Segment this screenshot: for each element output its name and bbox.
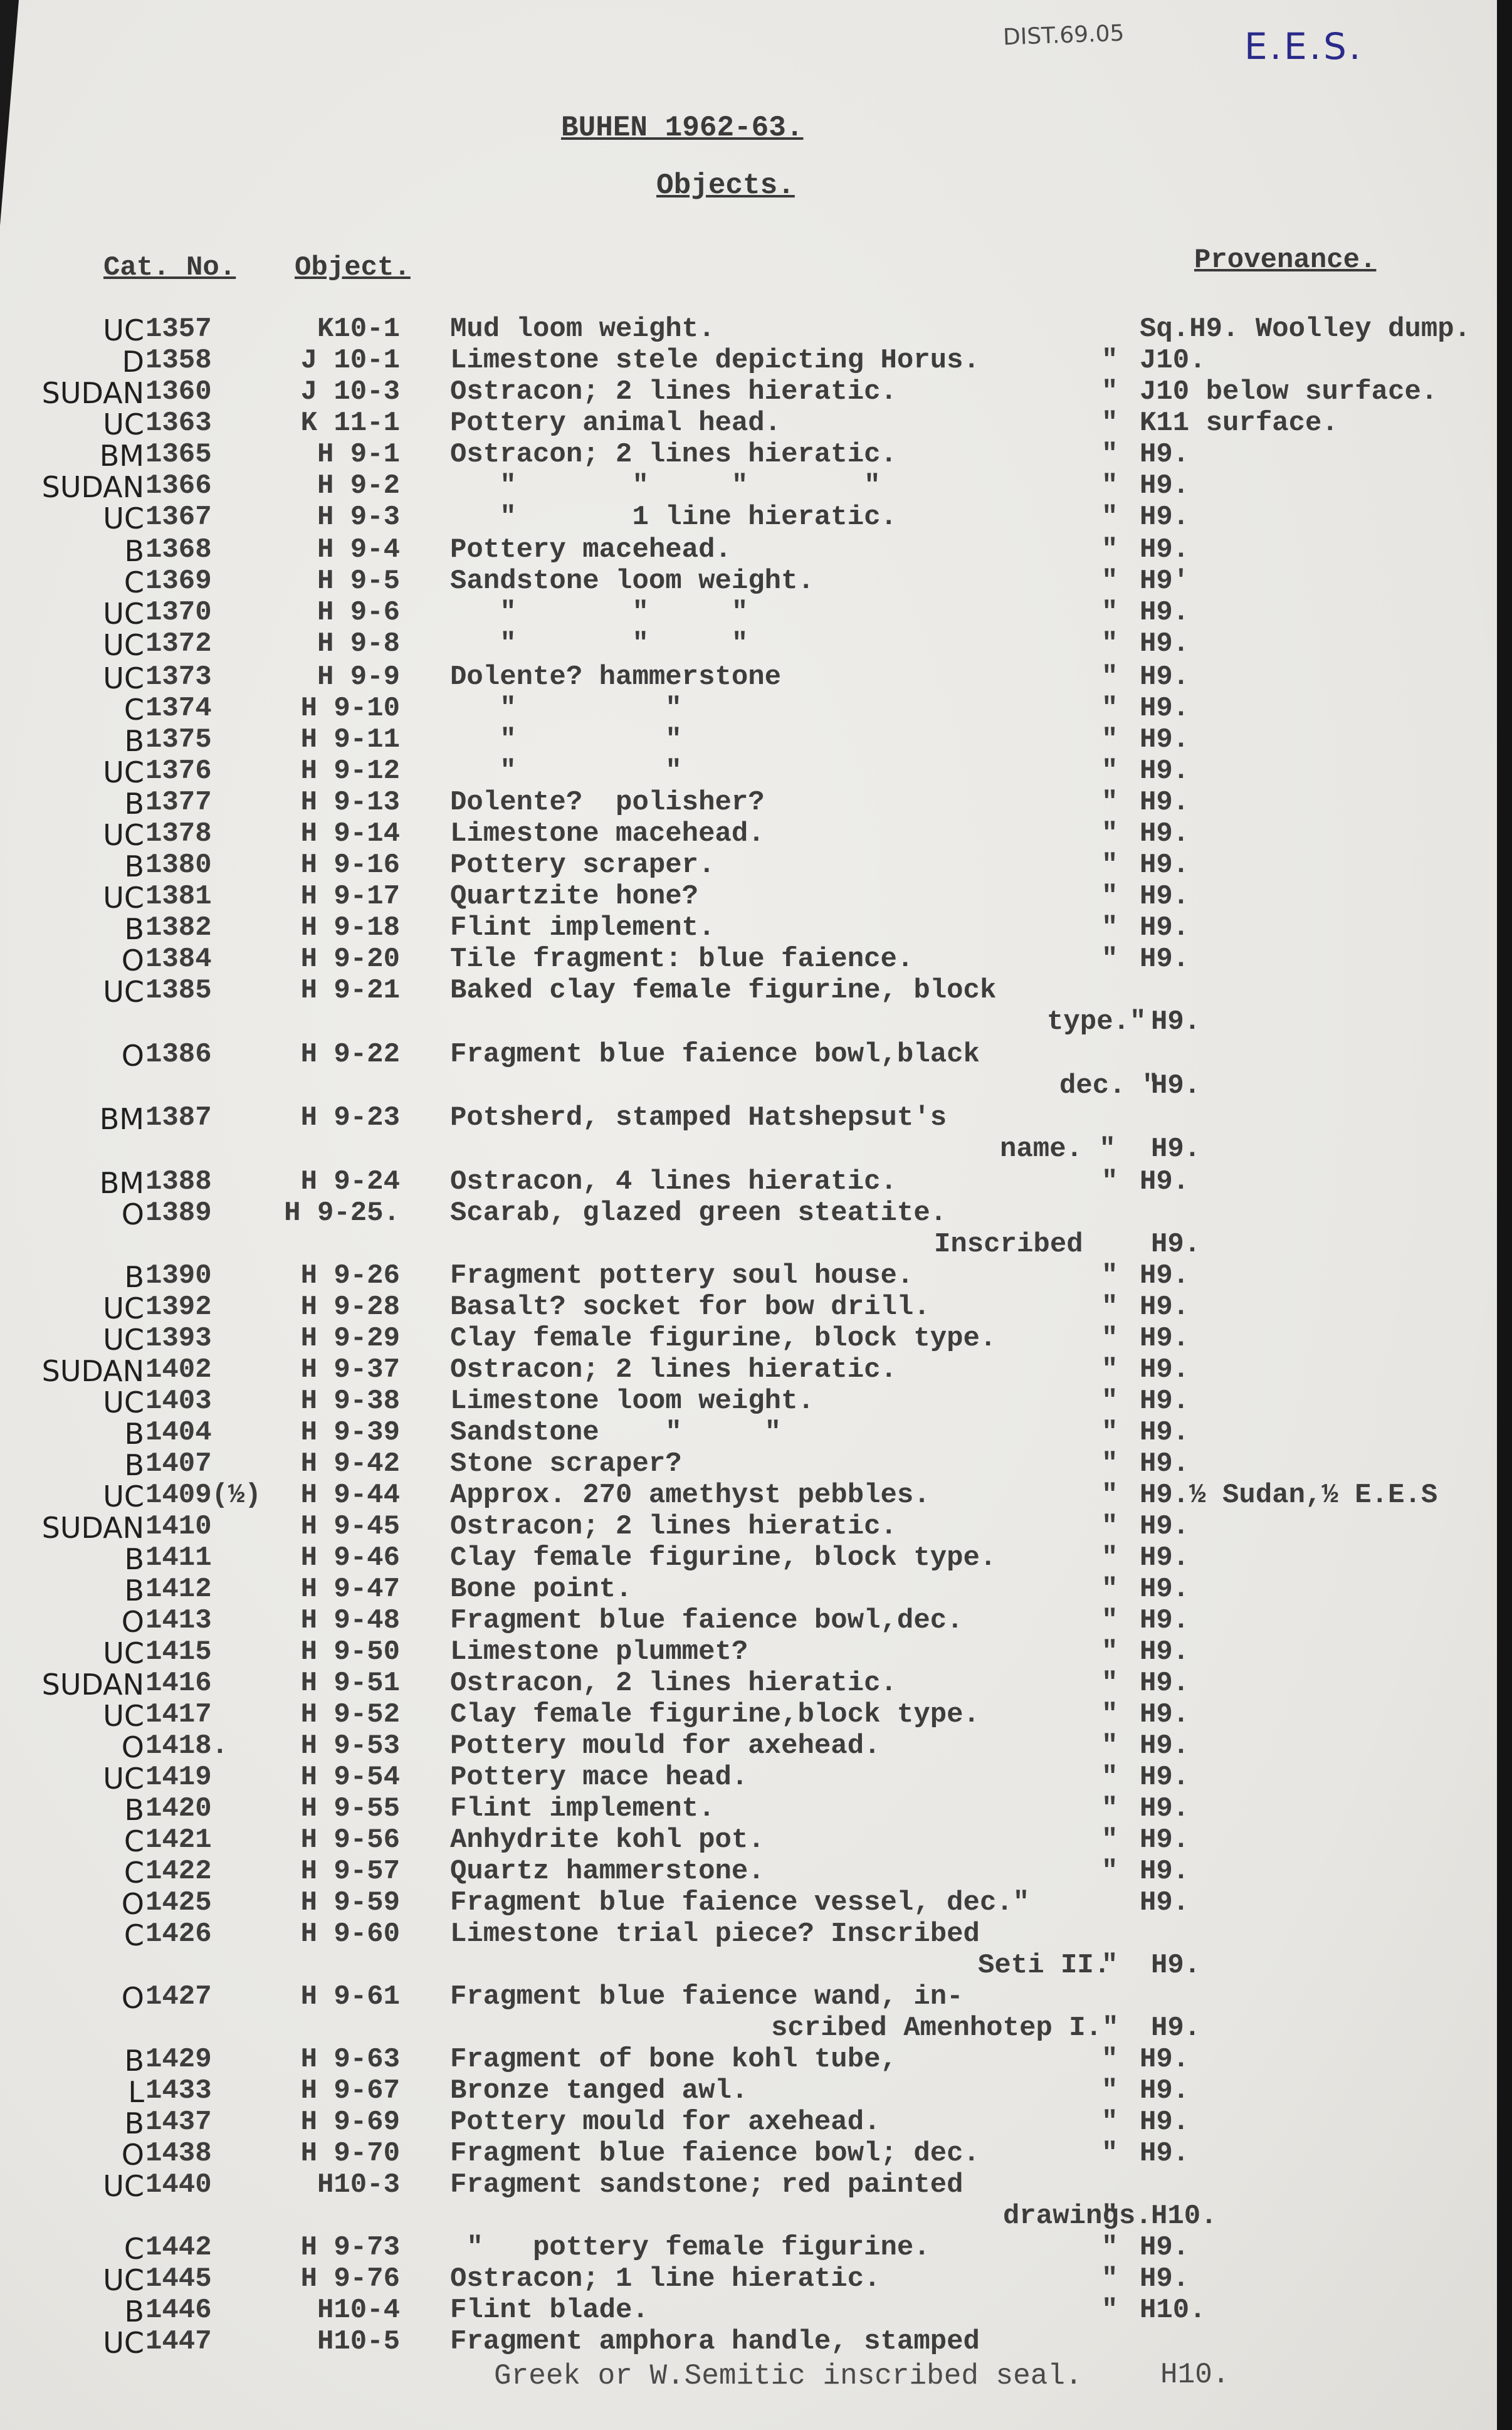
object-description: " 1 line hieratic. bbox=[450, 502, 897, 533]
provenance: H9. bbox=[1140, 787, 1189, 818]
provenance: H9. bbox=[1151, 1950, 1200, 1981]
cat-no: 1390 bbox=[145, 1260, 212, 1291]
provenance: H9. bbox=[1140, 1166, 1189, 1197]
ditto-mark: " bbox=[1101, 2138, 1118, 2169]
cat-no: 1433 bbox=[145, 2075, 212, 2107]
ditto-mark: " bbox=[1101, 502, 1118, 533]
provenance: H9. bbox=[1140, 1574, 1189, 1605]
object-description: Limestone trial piece? Inscribed bbox=[450, 1918, 980, 1950]
handwritten-location-mark: UC bbox=[38, 1386, 144, 1419]
object-description-continuation: dec. " bbox=[1059, 1070, 1158, 1102]
handwritten-location-mark: O bbox=[38, 1981, 144, 2015]
provenance: H9. bbox=[1140, 1856, 1189, 1887]
handwritten-location-mark: UC bbox=[38, 502, 144, 535]
provenance: J10 below surface. bbox=[1140, 376, 1437, 408]
ditto-mark: " bbox=[1101, 1762, 1118, 1793]
cat-no: 1376 bbox=[145, 755, 212, 787]
ditto-mark: " bbox=[1101, 1260, 1118, 1291]
cat-no: 1378 bbox=[145, 818, 212, 849]
cat-no: 1407 bbox=[145, 1448, 212, 1480]
scan-edge-left bbox=[0, 0, 19, 226]
object-ref: H 9-13 bbox=[281, 787, 400, 818]
ditto-mark: " bbox=[1101, 724, 1118, 755]
cat-no: 1367 bbox=[145, 502, 212, 533]
provenance: H9. bbox=[1140, 1291, 1189, 1323]
object-ref: H 9-76 bbox=[281, 2263, 400, 2295]
object-ref: H 9-28 bbox=[281, 1291, 400, 1323]
provenance: H9. bbox=[1140, 628, 1189, 660]
object-ref: H 9-67 bbox=[281, 2075, 400, 2107]
provenance: H9. bbox=[1140, 1605, 1189, 1636]
object-description: Clay female figurine,block type. bbox=[450, 1699, 980, 1730]
handwritten-location-mark: L bbox=[38, 2075, 144, 2109]
handwritten-location-mark: UC bbox=[38, 628, 144, 662]
provenance: H9. bbox=[1140, 661, 1189, 693]
column-header-cat-no: Cat. No. bbox=[103, 252, 236, 283]
provenance: H9. bbox=[1140, 534, 1189, 565]
provenance: H9. bbox=[1140, 881, 1189, 912]
object-description: Scarab, glazed green steatite. bbox=[450, 1197, 947, 1229]
handwritten-location-mark: B bbox=[38, 1542, 144, 1576]
handwritten-location-mark: UC bbox=[38, 661, 144, 695]
object-description: " " " " bbox=[450, 470, 881, 502]
object-description-continuation: scribed Amenhotep I." bbox=[771, 2012, 1119, 2044]
handwritten-location-mark: B bbox=[38, 1793, 144, 1827]
object-description: Bone point. bbox=[450, 1574, 632, 1605]
cat-no: 1446 bbox=[145, 2295, 212, 2326]
cat-no: 1370 bbox=[145, 597, 212, 628]
provenance: H9. bbox=[1140, 693, 1189, 724]
object-ref: H 9-73 bbox=[281, 2232, 400, 2263]
provenance: H9. bbox=[1140, 502, 1189, 533]
ditto-mark: " bbox=[1101, 881, 1118, 912]
ditto-mark: " bbox=[1101, 1574, 1118, 1605]
provenance: H9. bbox=[1140, 755, 1189, 787]
cat-no: 1421 bbox=[145, 1824, 212, 1856]
provenance: H9. bbox=[1140, 2232, 1189, 2263]
object-ref: H 9-59 bbox=[281, 1887, 400, 1918]
object-ref: H 9-20 bbox=[281, 944, 400, 975]
ditto-mark: " bbox=[1101, 693, 1118, 724]
ditto-mark: " bbox=[1101, 818, 1118, 849]
handwritten-location-mark: SUDAN bbox=[38, 470, 144, 504]
handwritten-location-mark: SUDAN bbox=[38, 1354, 144, 1388]
ditto-mark: " bbox=[1101, 1856, 1118, 1887]
object-description: Sandstone " " bbox=[450, 1417, 781, 1448]
cat-no: 1427 bbox=[145, 1981, 212, 2012]
cat-no: 1417 bbox=[145, 1699, 212, 1730]
ditto-mark: " bbox=[1101, 345, 1118, 376]
provenance: J10. bbox=[1140, 345, 1206, 376]
object-ref: K10-1 bbox=[281, 313, 400, 345]
handwritten-location-mark: B bbox=[38, 849, 144, 883]
object-description: " pottery female figurine. bbox=[450, 2232, 930, 2263]
cat-no: 1384 bbox=[145, 944, 212, 975]
object-description: Basalt? socket for bow drill. bbox=[450, 1291, 930, 1323]
provenance: H9. bbox=[1140, 1417, 1189, 1448]
object-description: Fragment blue faience bowl,dec. bbox=[450, 1605, 963, 1636]
handwritten-location-mark: C bbox=[38, 565, 144, 599]
ditto-mark: " bbox=[1101, 1511, 1118, 1542]
archive-reference: DIST.69.05 bbox=[1002, 21, 1125, 51]
handwritten-location-mark: UC bbox=[38, 1636, 144, 1670]
handwritten-location-mark: BM bbox=[38, 439, 144, 473]
provenance: H9' bbox=[1140, 565, 1189, 597]
cat-no: 1409(½) bbox=[145, 1480, 261, 1511]
ditto-mark: " bbox=[1101, 1668, 1118, 1699]
provenance: H9. bbox=[1140, 1448, 1189, 1480]
object-description: Limestone stele depicting Horus. bbox=[450, 345, 980, 376]
ditto-mark: " bbox=[1101, 470, 1118, 502]
ditto-mark: " bbox=[1101, 628, 1118, 660]
object-description: " " bbox=[450, 724, 682, 755]
ditto-mark: " bbox=[1101, 597, 1118, 628]
provenance: H9. bbox=[1140, 1887, 1189, 1918]
handwritten-location-mark: UC bbox=[38, 1762, 144, 1796]
object-description: Flint blade. bbox=[450, 2295, 649, 2326]
handwritten-location-mark: O bbox=[38, 1039, 144, 1073]
cat-no: 1418. bbox=[145, 1730, 228, 1762]
object-ref: H 9-50 bbox=[281, 1636, 400, 1668]
cat-no: 1387 bbox=[145, 1102, 212, 1133]
ditto-mark: " bbox=[1101, 1605, 1118, 1636]
object-description: Mud loom weight. bbox=[450, 313, 715, 345]
provenance: H9. bbox=[1140, 2075, 1189, 2107]
cat-no: 1440 bbox=[145, 2169, 212, 2201]
object-description: Ostracon; 2 lines hieratic. bbox=[450, 1511, 897, 1542]
object-description: Fragment blue faience bowl; dec. bbox=[450, 2138, 980, 2169]
ditto-mark: " bbox=[1101, 1166, 1118, 1197]
object-ref: H 9-14 bbox=[281, 818, 400, 849]
handwritten-location-mark: UC bbox=[38, 1699, 144, 1733]
object-ref: H 9-3 bbox=[281, 502, 400, 533]
handwritten-location-mark: O bbox=[38, 1197, 144, 1231]
handwritten-location-mark: B bbox=[38, 2107, 144, 2140]
provenance: H9. bbox=[1140, 1354, 1189, 1386]
ditto-mark: " bbox=[1101, 755, 1118, 787]
object-description: Limestone macehead. bbox=[450, 818, 765, 849]
handwritten-location-mark: UC bbox=[38, 1291, 144, 1325]
cat-no: 1425 bbox=[145, 1887, 212, 1918]
object-ref: H 9-18 bbox=[281, 912, 400, 944]
cat-no: 1388 bbox=[145, 1166, 212, 1197]
ditto-mark: " bbox=[1101, 1950, 1118, 1981]
handwritten-location-mark: UC bbox=[38, 755, 144, 789]
object-ref: H 9-45 bbox=[281, 1511, 400, 1542]
ditto-mark: " bbox=[1101, 944, 1118, 975]
ditto-mark: " bbox=[1101, 408, 1118, 439]
object-description: " " " bbox=[450, 628, 748, 660]
object-description-continuation: Seti II. bbox=[978, 1950, 1110, 1981]
provenance: H9. bbox=[1140, 1730, 1189, 1762]
object-description: Pottery mould for axehead. bbox=[450, 2107, 881, 2138]
ditto-mark: " bbox=[1101, 2295, 1118, 2326]
cat-no: 1410 bbox=[145, 1511, 212, 1542]
object-description: Pottery mace head. bbox=[450, 1762, 748, 1793]
cat-no: 1420 bbox=[145, 1793, 212, 1824]
object-ref: H 9-60 bbox=[281, 1918, 400, 1950]
handwritten-location-mark: O bbox=[38, 944, 144, 977]
object-ref: H 9-38 bbox=[281, 1386, 400, 1417]
cat-no: 1385 bbox=[145, 975, 212, 1006]
cat-no: 1392 bbox=[145, 1291, 212, 1323]
object-ref: H 9-44 bbox=[281, 1480, 400, 1511]
cat-no: 1377 bbox=[145, 787, 212, 818]
object-ref: H 9-5 bbox=[281, 565, 400, 597]
object-description: Ostracon, 2 lines hieratic. bbox=[450, 1668, 897, 1699]
object-ref: H 9-69 bbox=[281, 2107, 400, 2138]
cat-no: 1422 bbox=[145, 1856, 212, 1887]
handwritten-location-mark: O bbox=[38, 1605, 144, 1639]
cat-no: 1368 bbox=[145, 534, 212, 565]
object-description: Pottery animal head. bbox=[450, 408, 781, 439]
cat-no: 1403 bbox=[145, 1386, 212, 1417]
cat-no: 1416 bbox=[145, 1668, 212, 1699]
cat-no: 1381 bbox=[145, 881, 212, 912]
object-ref: H 9-46 bbox=[281, 1542, 400, 1574]
object-description-continuation: drawings. bbox=[1003, 2201, 1152, 2232]
cat-no: 1369 bbox=[145, 565, 212, 597]
object-description: Ostracon, 4 lines hieratic. bbox=[450, 1166, 897, 1197]
object-ref: H 9-17 bbox=[281, 881, 400, 912]
provenance: H9. bbox=[1140, 1323, 1189, 1354]
ditto-mark: " bbox=[1101, 1636, 1118, 1668]
handwritten-location-mark: UC bbox=[38, 818, 144, 852]
provenance: H9. bbox=[1140, 2138, 1189, 2169]
cat-no: 1365 bbox=[145, 439, 212, 470]
object-description-continuation: type." bbox=[1047, 1006, 1146, 1038]
provenance: H9. bbox=[1140, 818, 1189, 849]
object-ref: H 9-16 bbox=[281, 849, 400, 881]
object-description: Fragment of bone kohl tube, bbox=[450, 2044, 897, 2075]
object-description: Baked clay female figurine, block bbox=[450, 975, 996, 1006]
object-description: Tile fragment: blue faience. bbox=[450, 944, 913, 975]
handwritten-location-mark: SUDAN bbox=[38, 376, 144, 410]
ditto-mark: " bbox=[1101, 2107, 1118, 2138]
object-ref: H10-5 bbox=[281, 2326, 400, 2357]
cat-no: 1447 bbox=[145, 2326, 212, 2357]
object-ref: J 10-3 bbox=[281, 376, 400, 408]
column-header-object: Object. bbox=[295, 252, 411, 283]
ditto-mark: " bbox=[1101, 1323, 1118, 1354]
object-ref: H 9-48 bbox=[281, 1605, 400, 1636]
provenance: H9.½ Sudan,½ E.E.S bbox=[1140, 1480, 1437, 1511]
handwritten-location-mark: BM bbox=[38, 1166, 144, 1200]
provenance: H9. bbox=[1140, 1511, 1189, 1542]
ditto-mark: " bbox=[1101, 1448, 1118, 1480]
cat-no: 1393 bbox=[145, 1323, 212, 1354]
ditto-mark: " bbox=[1101, 1417, 1118, 1448]
ditto-mark: " bbox=[1101, 787, 1118, 818]
object-description: Ostracon; 2 lines hieratic. bbox=[450, 439, 897, 470]
provenance: H9. bbox=[1140, 1260, 1189, 1291]
cat-no: 1404 bbox=[145, 1417, 212, 1448]
object-ref: H 9-51 bbox=[281, 1668, 400, 1699]
ditto-mark: " bbox=[1101, 2263, 1118, 2295]
ditto-mark: " bbox=[1101, 661, 1118, 693]
handwritten-location-mark: B bbox=[38, 912, 144, 946]
object-ref: H 9-11 bbox=[281, 724, 400, 755]
cat-no: 1426 bbox=[145, 1918, 212, 1950]
ditto-mark: " bbox=[1101, 439, 1118, 470]
provenance: H9. bbox=[1140, 1762, 1189, 1793]
object-ref: H10-4 bbox=[281, 2295, 400, 2326]
handwritten-location-mark: B bbox=[38, 787, 144, 821]
object-description: Flint implement. bbox=[450, 912, 715, 944]
object-description: Ostracon; 2 lines hieratic. bbox=[450, 376, 897, 408]
object-description: Quartz hammerstone. bbox=[450, 1856, 765, 1887]
handwritten-location-mark: C bbox=[38, 1824, 144, 1858]
ditto-mark: " bbox=[1101, 1354, 1118, 1386]
ditto-mark: " bbox=[1101, 2044, 1118, 2075]
provenance: H9. bbox=[1140, 1668, 1189, 1699]
object-description: Stone scraper? bbox=[450, 1448, 682, 1480]
handwritten-location-mark: UC bbox=[38, 2169, 144, 2203]
object-description: Flint implement. bbox=[450, 1793, 715, 1824]
ditto-mark: " bbox=[1101, 534, 1118, 565]
cat-no: 1413 bbox=[145, 1605, 212, 1636]
provenance: H9. bbox=[1140, 1386, 1189, 1417]
ditto-mark: " bbox=[1101, 1699, 1118, 1730]
cat-no: 1357 bbox=[145, 313, 212, 345]
provenance: H9. bbox=[1151, 1006, 1200, 1038]
object-ref: H 9-37 bbox=[281, 1354, 400, 1386]
provenance: H9. bbox=[1140, 2107, 1189, 2138]
provenance: H9. bbox=[1140, 2044, 1189, 2075]
provenance: H9. bbox=[1140, 1824, 1189, 1856]
cat-no: 1429 bbox=[145, 2044, 212, 2075]
handwritten-location-mark: UC bbox=[38, 975, 144, 1009]
provenance: H9. bbox=[1140, 912, 1189, 944]
page-title: BUHEN 1962-63. bbox=[561, 112, 803, 144]
object-ref: H 9-29 bbox=[281, 1323, 400, 1354]
handwritten-org-mark: E.E.S. bbox=[1244, 25, 1363, 68]
provenance: H9. bbox=[1140, 1699, 1189, 1730]
object-description: " " " bbox=[450, 597, 748, 628]
cat-no: 1380 bbox=[145, 849, 212, 881]
ditto-mark: " bbox=[1101, 1542, 1118, 1574]
object-description: Fragment blue faience vessel, dec." bbox=[450, 1887, 1029, 1918]
object-description: Pottery scraper. bbox=[450, 849, 715, 881]
provenance: H9. bbox=[1140, 439, 1189, 470]
handwritten-location-mark: C bbox=[38, 2232, 144, 2266]
object-ref: H 9-54 bbox=[281, 1762, 400, 1793]
object-description: Limestone loom weight. bbox=[450, 1386, 814, 1417]
handwritten-location-mark: B bbox=[38, 1260, 144, 1294]
object-ref: H 9-8 bbox=[281, 628, 400, 660]
cat-no: 1374 bbox=[145, 693, 212, 724]
handwritten-location-mark: UC bbox=[38, 1480, 144, 1513]
handwritten-location-mark: B bbox=[38, 1448, 144, 1482]
object-description: Fragment sandstone; red painted bbox=[450, 2169, 963, 2201]
provenance: H9. bbox=[1151, 1133, 1200, 1165]
object-ref: J 10-1 bbox=[281, 345, 400, 376]
cat-no: 1372 bbox=[145, 628, 212, 660]
object-description: Pottery mould for axehead. bbox=[450, 1730, 881, 1762]
object-ref: H 9-24 bbox=[281, 1166, 400, 1197]
object-ref: H 9-61 bbox=[281, 1981, 400, 2012]
object-description: Potsherd, stamped Hatshepsut's bbox=[450, 1102, 947, 1133]
object-ref: H 9-55 bbox=[281, 1793, 400, 1824]
object-ref: H 9-1 bbox=[281, 439, 400, 470]
object-ref: H 9-9 bbox=[281, 661, 400, 693]
provenance: H9. bbox=[1140, 597, 1189, 628]
ditto-mark: " bbox=[1101, 1291, 1118, 1323]
provenance: Sq.H9. Woolley dump. bbox=[1140, 313, 1471, 345]
handwritten-location-mark: BM bbox=[38, 1102, 144, 1136]
object-ref: H 9-53 bbox=[281, 1730, 400, 1762]
cat-no: 1438 bbox=[145, 2138, 212, 2169]
provenance: H9. bbox=[1140, 2263, 1189, 2295]
object-ref: H 9-10 bbox=[281, 693, 400, 724]
handwritten-location-mark: D bbox=[38, 345, 144, 379]
handwritten-location-mark: O bbox=[38, 1887, 144, 1921]
handwritten-location-mark: B bbox=[38, 2295, 144, 2328]
scan-edge-right bbox=[1497, 0, 1512, 2430]
handwritten-location-mark: UC bbox=[38, 2326, 144, 2360]
cat-no: 1437 bbox=[145, 2107, 212, 2138]
ditto-mark: " bbox=[1101, 1824, 1118, 1856]
handwritten-location-mark: B bbox=[38, 2044, 144, 2078]
object-description: Fragment pottery soul house. bbox=[450, 1260, 913, 1291]
object-ref: H 9-57 bbox=[281, 1856, 400, 1887]
object-ref: H 9-4 bbox=[281, 534, 400, 565]
cat-no: 1382 bbox=[145, 912, 212, 944]
cat-no: 1402 bbox=[145, 1354, 212, 1386]
handwritten-location-mark: SUDAN bbox=[38, 1668, 144, 1702]
ditto-mark: " bbox=[1101, 1793, 1118, 1824]
object-description: Ostracon; 2 lines hieratic. bbox=[450, 1354, 897, 1386]
cat-no: 1358 bbox=[145, 345, 212, 376]
cat-no: 1389 bbox=[145, 1197, 212, 1229]
object-ref: H 9-39 bbox=[281, 1417, 400, 1448]
row-provenance-1447: H10. bbox=[1160, 2359, 1229, 2391]
handwritten-location-mark: UC bbox=[38, 313, 144, 347]
object-description: Quartzite hone? bbox=[450, 881, 698, 912]
ditto-mark: " bbox=[1101, 2201, 1118, 2232]
column-header-provenance: Provenance. bbox=[1194, 245, 1376, 276]
handwritten-location-mark: UC bbox=[38, 2263, 144, 2297]
ditto-mark: " bbox=[1101, 1730, 1118, 1762]
object-description: Sandstone loom weight. bbox=[450, 565, 814, 597]
object-ref: H 9-47 bbox=[281, 1574, 400, 1605]
handwritten-location-mark: UC bbox=[38, 881, 144, 915]
provenance: H9. bbox=[1151, 2012, 1200, 2044]
ditto-mark: " bbox=[1101, 565, 1118, 597]
ditto-mark: " bbox=[1101, 1480, 1118, 1511]
object-ref: K 11-1 bbox=[281, 408, 400, 439]
cat-no: 1373 bbox=[145, 661, 212, 693]
object-description: " " bbox=[450, 693, 682, 724]
provenance: H10. bbox=[1140, 2295, 1206, 2326]
cat-no: 1386 bbox=[145, 1039, 212, 1070]
handwritten-location-mark: UC bbox=[38, 597, 144, 631]
handwritten-location-mark: C bbox=[38, 1856, 144, 1890]
handwritten-location-mark: UC bbox=[38, 408, 144, 441]
object-description: Limestone plummet? bbox=[450, 1636, 748, 1668]
handwritten-location-mark: B bbox=[38, 1417, 144, 1451]
handwritten-location-mark: UC bbox=[38, 1323, 144, 1357]
handwritten-location-mark: B bbox=[38, 1574, 144, 1607]
handwritten-location-mark: C bbox=[38, 693, 144, 727]
ditto-mark: " bbox=[1101, 849, 1118, 881]
ditto-mark: " bbox=[1101, 912, 1118, 944]
object-description: Bronze tanged awl. bbox=[450, 2075, 748, 2107]
ditto-mark: " bbox=[1101, 376, 1118, 408]
page-subtitle: Objects. bbox=[656, 169, 795, 202]
object-description: Clay female figurine, block type. bbox=[450, 1542, 996, 1574]
object-ref: H 9-56 bbox=[281, 1824, 400, 1856]
